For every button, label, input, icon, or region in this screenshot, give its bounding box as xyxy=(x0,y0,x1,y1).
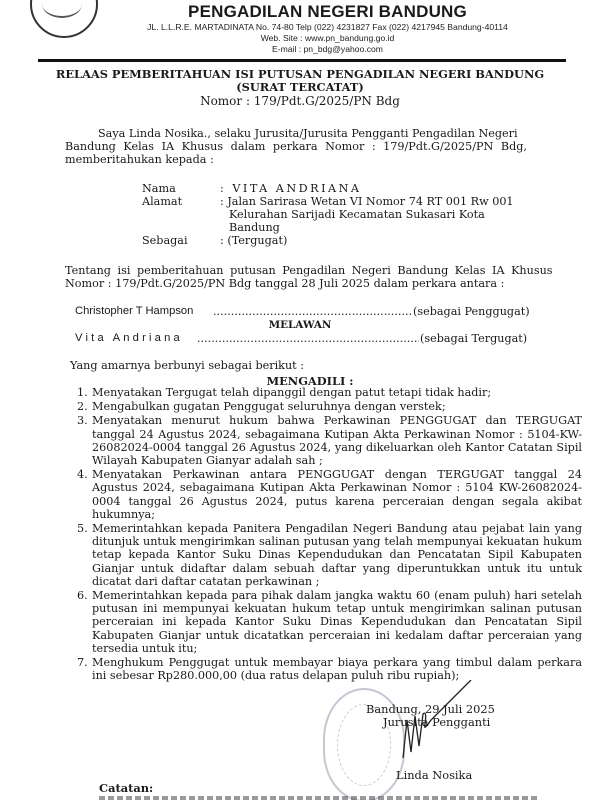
nama-label: Nama xyxy=(142,182,176,195)
document-page: PENGADILAN NEGERI BANDUNG JL. L.L.R.E. M… xyxy=(0,0,600,800)
verdict-item: 2.Mengabulkan gugatan Penggugat seluruhn… xyxy=(92,400,582,413)
verdict-item: 7.Menghukum Penggugat untuk membayar bia… xyxy=(92,656,582,682)
verdict-item: 6.Memerintahkan kepada para pihak dalam … xyxy=(92,589,582,655)
plaintiff-dots: ........................................… xyxy=(213,305,413,318)
alamat-line-3: Bandung xyxy=(229,221,280,234)
document-title: RELAAS PEMBERITAHUAN ISI PUTUSAN PENGADI… xyxy=(0,67,600,81)
defendant-name: Vita Andriana xyxy=(75,332,183,344)
signature-place-date: Bandung, 29 Juli 2025 xyxy=(366,702,495,716)
alamat-line-2: Kelurahan Sarijadi Kecamatan Sukasari Ko… xyxy=(229,208,485,221)
tentang-line-2: Nomor : 179/Pdt.G/2025/PN Bdg tanggal 28… xyxy=(65,277,504,290)
intro-line-1: Saya Linda Nosika., selaku Jurusita/Juru… xyxy=(98,127,564,140)
case-number: Nomor : 179/Pdt.G/2025/PN Bdg xyxy=(0,94,600,108)
intro-line-3: memberitahukan kepada : xyxy=(65,153,214,166)
intro-line-2: Bandung Kelas IA Khusus dalam perkara No… xyxy=(65,140,565,153)
header-divider xyxy=(38,59,566,62)
verdict-item: 3.Menyatakan menurut hukum bahwa Perkawi… xyxy=(92,414,582,467)
document-subtitle: (SURAT TERCATAT) xyxy=(0,80,600,94)
alamat-label: Alamat xyxy=(142,195,182,208)
plaintiff-name: Christopher T Hampson xyxy=(75,305,193,317)
plaintiff-role: (sebagai Penggugat) xyxy=(413,305,530,318)
amar-intro: Yang amarnya berbunyi sebagai berikut : xyxy=(70,359,304,372)
catatan-text-cropped xyxy=(99,796,539,800)
versus-label: MELAWAN xyxy=(0,319,600,331)
verdict-list: 1.Menyatakan Tergugat telah dipanggil de… xyxy=(75,386,582,683)
court-email: E-mail : pn_bdg@yahoo.com xyxy=(0,44,600,54)
signatory-name: Linda Nosika xyxy=(396,768,472,782)
defendant-dots: ........................................… xyxy=(197,332,419,345)
court-address: JL. L.L.R.E. MARTADINATA No. 74-80 Telp … xyxy=(0,22,600,32)
sebagai-label: Sebagai xyxy=(142,234,188,247)
verdict-item: 4.Menyatakan Perkawinan antara PENGGUGAT… xyxy=(92,468,582,521)
sebagai-value: : (Tergugat) xyxy=(220,234,287,247)
verdict-item: 5.Memerintahkan kepada Panitera Pengadil… xyxy=(92,522,582,588)
alamat-line-1: : Jalan Sarirasa Wetan VI Nomor 74 RT 00… xyxy=(220,195,514,208)
court-website: Web. Site : www.pn_bandung.go.id xyxy=(0,33,600,43)
defendant-role: (sebagai Tergugat) xyxy=(420,332,527,345)
court-name: PENGADILAN NEGERI BANDUNG xyxy=(0,2,600,22)
signature-role: Jurusita Pengganti xyxy=(383,715,490,729)
nama-value: : VITA ANDRIANA xyxy=(220,182,361,195)
verdict-item: 1.Menyatakan Tergugat telah dipanggil de… xyxy=(92,386,582,399)
tentang-line-1: Tentang isi pemberitahuan putusan Pengad… xyxy=(65,264,565,277)
catatan-heading: Catatan: xyxy=(99,781,153,795)
